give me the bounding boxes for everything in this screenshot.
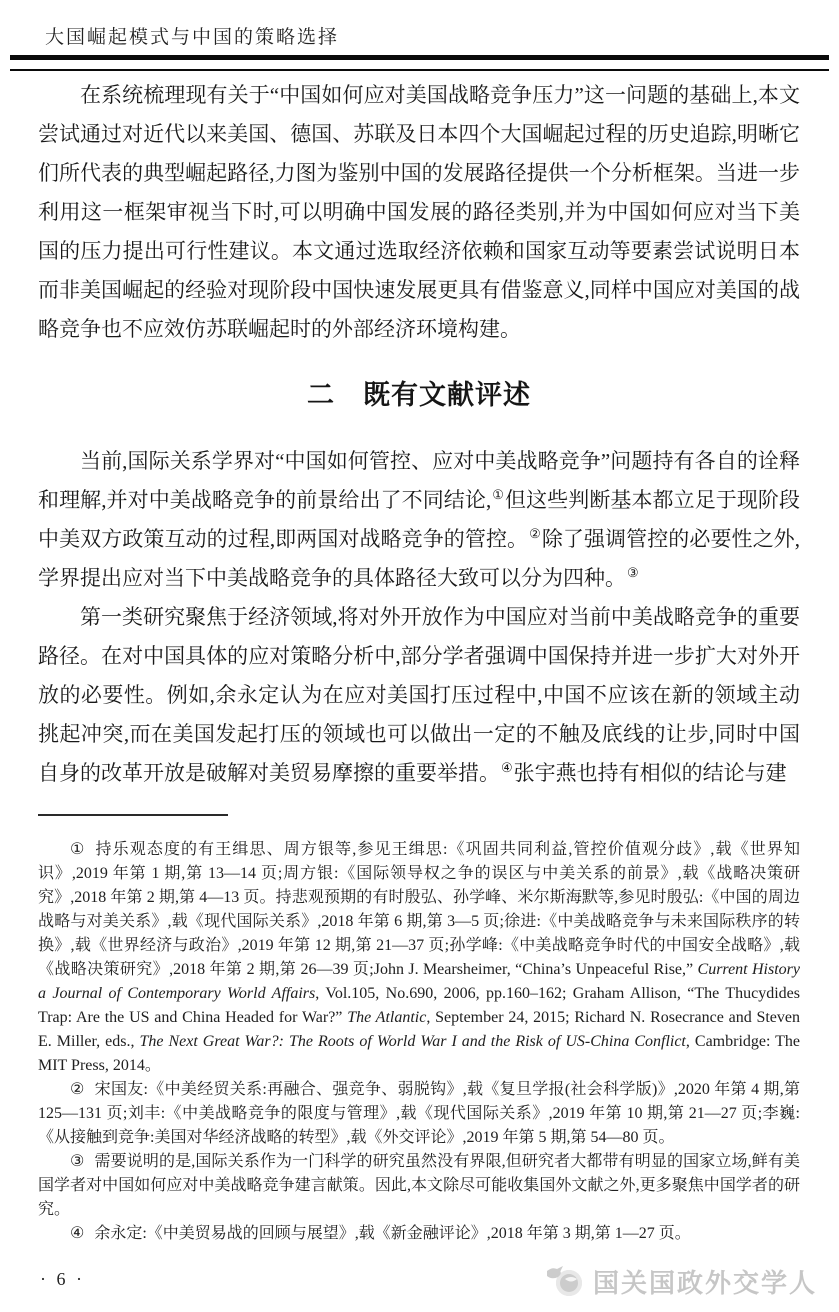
footnote-ref-marker: ③ [627,565,639,580]
footnote-marker: ④ [70,1225,84,1242]
text-run: 余永定:《中美贸易战的回顾与展望》,载《新金融评论》,2018 年第 3 期,第… [94,1225,690,1242]
text-run: 持乐观态度的有王缉思、周方银等,参见王缉思:《巩固共同利益,管控价值观分歧》,载… [38,841,800,978]
footnote-ref-marker: ① [492,487,504,502]
section-paragraphs: 当前,国际关系学界对“中国如何管控、应对中美战略竞争”问题持有各自的诠释和理解,… [38,442,800,793]
section-heading: 二 既有文献评述 [38,373,800,412]
dove-globe-logo-icon [543,1265,585,1299]
footnote: ④余永定:《中美贸易战的回顾与展望》,载《新金融评论》,2018 年第 3 期,… [38,1222,800,1246]
footnote-ref-marker: ② [529,526,541,541]
footnote-marker: ① [70,841,85,858]
intro-paragraphs: 在系统梳理现有关于“中国如何应对美国战略竞争压力”这一问题的基础上,本文尝试通过… [38,76,800,349]
article-body: 在系统梳理现有关于“中国如何应对美国战略竞争压力”这一问题的基础上,本文尝试通过… [38,76,800,793]
watermark: 国关国政外交学人 [543,1263,817,1300]
footnote: ③需要说明的是,国际关系作为一门科学的研究虽然没有界限,但研究者大都带有明显的国… [38,1150,800,1222]
text-run: 需要说明的是,国际关系作为一门科学的研究虽然没有界限,但研究者大都带有明显的国家… [38,1153,800,1218]
footnote-marker: ② [70,1081,85,1098]
footnote-ref-marker: ④ [501,760,513,775]
text-run: 宋国友:《中美经贸关系:再融合、强竞争、弱脱钩》,载《复旦学报(社会科学版)》,… [38,1081,800,1146]
page-number: · 6 · [40,1269,85,1290]
text-run: 在系统梳理现有关于“中国如何应对美国战略竞争压力”这一问题的基础上,本文尝试通过… [38,83,800,341]
header-rule [10,55,829,71]
body-paragraph: 第一类研究聚焦于经济领域,将对外开放作为中国应对当前中美战略竞争的重要路径。在对… [38,598,800,793]
body-paragraph: 当前,国际关系学界对“中国如何管控、应对中美战略竞争”问题持有各自的诠释和理解,… [38,442,800,598]
cited-work-title: The Next Great War?: The Roots of World … [139,1033,685,1050]
cited-work-title: The Atlantic [347,1009,426,1026]
running-header: 大国崛起模式与中国的策略选择 [45,22,339,49]
footnote-marker: ③ [70,1153,84,1170]
body-paragraph: 在系统梳理现有关于“中国如何应对美国战略竞争压力”这一问题的基础上,本文尝试通过… [38,76,800,349]
text-run: 张宇燕也持有相似的结论与建 [514,761,787,785]
text-run: 第一类研究聚焦于经济领域,将对外开放作为中国应对当前中美战略竞争的重要路径。在对… [38,605,800,785]
footnote: ②宋国友:《中美经贸关系:再融合、强竞争、弱脱钩》,载《复旦学报(社会科学版)》… [38,1078,800,1150]
footnote: ①持乐观态度的有王缉思、周方银等,参见王缉思:《巩固共同利益,管控价值观分歧》,… [38,838,800,1078]
watermark-label: 国关国政外交学人 [593,1263,817,1300]
footnotes: ①持乐观态度的有王缉思、周方银等,参见王缉思:《巩固共同利益,管控价值观分歧》,… [38,838,800,1246]
document-page: 大国崛起模式与中国的策略选择 在系统梳理现有关于“中国如何应对美国战略竞争压力”… [0,0,839,1312]
footnote-separator [38,814,228,816]
